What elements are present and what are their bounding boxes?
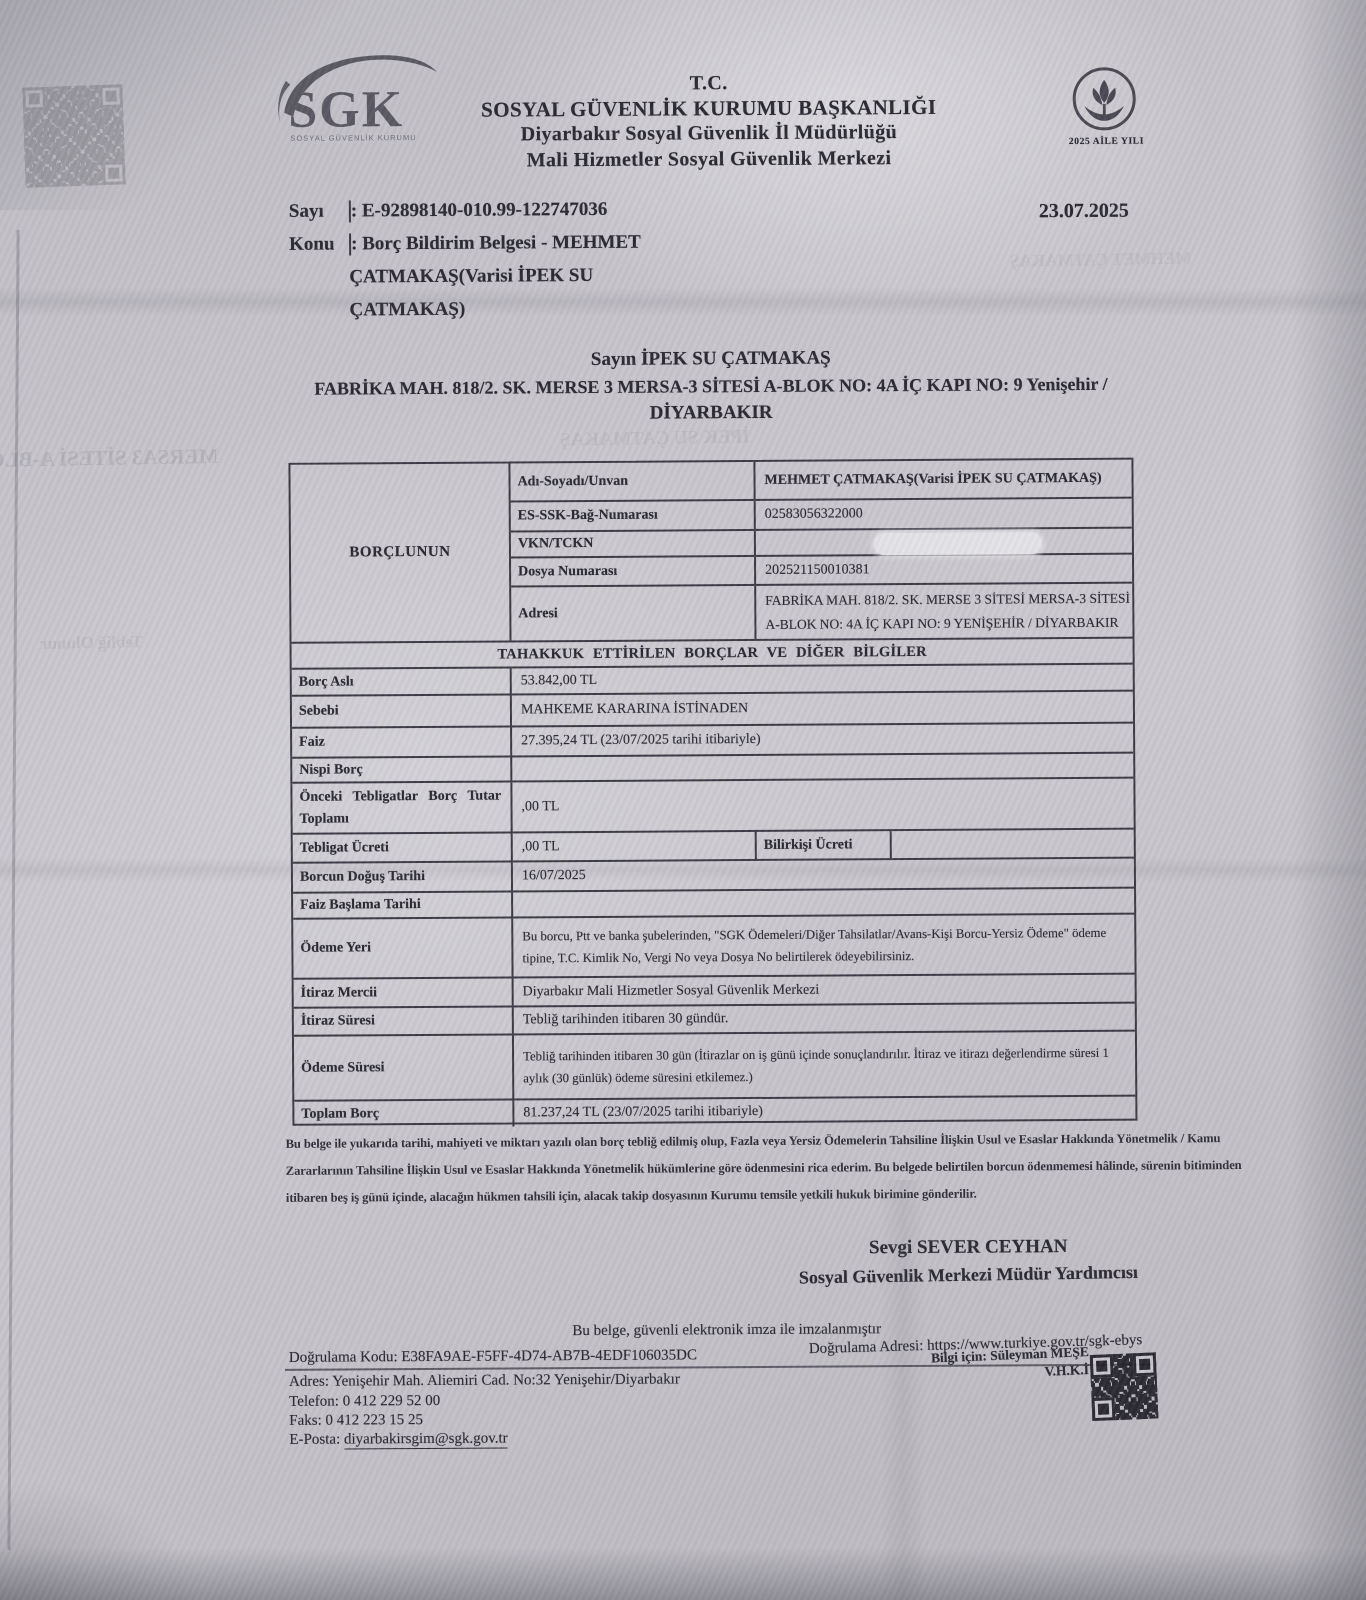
- footer-email-row: E-Posta: diyarbakirsgim@sgk.gov.tr: [289, 1431, 507, 1449]
- row-label: Dosya Numarası: [511, 557, 756, 585]
- closing-paragraph-line: Zararlarının Tahsiline İlişkin Usul ve E…: [286, 1158, 1166, 1178]
- table-row: Faiz Başlama Tarihi: [293, 887, 1134, 918]
- table-row: Faiz 27.395,24 TL (23/07/2025 tarihi iti…: [292, 722, 1133, 757]
- qr-code-icon: [1090, 1352, 1159, 1421]
- row-label: Toplam Borç: [294, 1100, 514, 1127]
- row-label: Faiz Başlama Tarihi: [293, 892, 513, 917]
- row-label: Ödeme Yeri: [293, 918, 513, 977]
- sgk-logo-subtext: SOSYAL GÜVENLİK KURUMU: [290, 133, 416, 143]
- row-label-line: Toplamı: [300, 808, 349, 830]
- row-label: Adresi: [511, 586, 756, 640]
- konu-line3: ÇATMAKAŞ): [349, 299, 465, 322]
- sgk-logo-text: SGK: [288, 81, 404, 139]
- recipient-name: Sayın İPEK SU ÇATMAKAŞ: [281, 346, 1141, 373]
- footer-address: Adres: Yenişehir Mah. Aliemiri Cad. No:3…: [289, 1371, 680, 1390]
- table-row: Nispi Borç: [292, 752, 1133, 782]
- table-row: Borcun Doğuş Tarihi 16/07/2025: [293, 857, 1134, 892]
- row-value: MAHKEME KARARINA İSTİNADEN: [512, 692, 1133, 726]
- verification-code: Doğrulama Kodu: E38FA9AE-F5FF-4D74-AB7B-…: [289, 1347, 697, 1366]
- table-row: Önceki Tebligatlar Borç Tutar Toplamı ,0…: [292, 777, 1133, 833]
- table-row: İtiraz Mercii Diyarbakır Mali Hizmetler …: [294, 973, 1135, 1007]
- sayi-value: : E-92898140-010.99-122747036: [351, 199, 608, 223]
- table-row: Ödeme Yeri Bu borcu, Ptt ve banka şubele…: [293, 913, 1134, 978]
- row-value-line: Tebliğ tarihinden itibaren 30 gün (İtira…: [523, 1041, 1109, 1067]
- footer-email-label: E-Posta:: [289, 1432, 340, 1448]
- row-label: Borcun Doğuş Tarihi: [293, 862, 513, 891]
- row-label: Nispi Borç: [292, 757, 512, 781]
- row-value: 16/07/2025: [513, 859, 1134, 891]
- table-row: Tebligat Ücreti ,00 TL Bilirkişi Ücreti: [293, 828, 1134, 862]
- row-value: 81.237,24 TL (23/07/2025 tarihi itibariy…: [514, 1097, 1135, 1127]
- row-label: Borç Aslı: [292, 668, 512, 694]
- sayi-label: Sayı: [282, 200, 351, 222]
- row-value: Tebliğ tarihinden itibaren 30 gündür.: [514, 1004, 1135, 1034]
- row-value: 202521150010381: [756, 555, 1132, 584]
- state-emblem-icon: [1064, 66, 1144, 136]
- row-value-line: aylık (30 günlük) ödeme süresini etkilem…: [523, 1065, 753, 1088]
- signatory-name: Sevgi SEVER CEYHAN: [733, 1235, 1203, 1260]
- redaction-mark: [874, 532, 1042, 555]
- row-label: Bilirkişi Ücreti: [757, 831, 892, 859]
- letterhead-center: Mali Hizmetler Sosyal Güvenlik Merkezi: [417, 146, 1002, 173]
- row-value: ,00 TL: [513, 832, 757, 860]
- row-label: Faiz: [292, 727, 512, 756]
- row-value: [512, 754, 1133, 781]
- row-value: 53.842,00 TL: [512, 665, 1133, 694]
- emblem-caption: 2025 AİLE YILI: [1046, 136, 1166, 147]
- document-number-row: Sayı : E-92898140-010.99-122747036: [282, 199, 608, 223]
- closing-paragraph-line: itibaren beş iş günü içinde, alacağın hü…: [286, 1185, 1166, 1205]
- address-line: A-BLOK NO: 4A İÇ KAPI NO: 9 YENİŞEHİR / …: [765, 610, 1118, 636]
- footer-email: diyarbakirsgim@sgk.gov.tr: [344, 1431, 508, 1450]
- footer-fax: Faks: 0 412 223 15 25: [289, 1412, 423, 1430]
- table-row: ES-SSK-Bağ-Numarası 02583056322000: [511, 497, 1132, 531]
- row-value: MEHMET ÇATMAKAŞ(Varisi İPEK SU ÇATMAKAŞ): [755, 460, 1131, 499]
- row-label: Sebebi: [292, 695, 512, 726]
- letterhead-tc: T.C.: [416, 70, 1001, 97]
- row-value: [513, 889, 1134, 917]
- row-label: İtiraz Mercii: [294, 978, 514, 1006]
- table-row: İtiraz Süresi Tebliğ tarihinden itibaren…: [294, 1002, 1135, 1035]
- row-value: FABRİKA MAH. 818/2. SK. MERSE 3 SİTESİ M…: [756, 584, 1132, 639]
- row-value: Bu borcu, Ptt ve banka şubelerinden, "SG…: [513, 915, 1134, 977]
- paper-background: MERSA3 SİTESİ A-BLOK İPEK SU ÇATMAKAŞ ME…: [0, 0, 1366, 1600]
- row-value: ,00 TL: [512, 779, 1133, 832]
- letterhead-directorate: Diyarbakır Sosyal Güvenlik İl Müdürlüğü: [416, 120, 1001, 147]
- table-row: Toplam Borç 81.237,24 TL (23/07/2025 tar…: [294, 1095, 1135, 1128]
- row-value: [756, 529, 1132, 555]
- debt-table: BORÇLUNUN Adı-Soyadı/Unvan MEHMET ÇATMAK…: [288, 458, 1137, 1126]
- debtor-section: BORÇLUNUN Adı-Soyadı/Unvan MEHMET ÇATMAK…: [290, 460, 1132, 642]
- debtor-section-label: BORÇLUNUN: [290, 463, 511, 641]
- document-date: 23.07.2025: [1039, 200, 1129, 224]
- table-row: VKN/TCKN: [511, 527, 1132, 557]
- row-label: ES-SSK-Bağ-Numarası: [511, 501, 756, 530]
- table-row: Borç Aslı 53.842,00 TL: [292, 663, 1133, 695]
- table-row: Dosya Numarası 202521150010381: [511, 553, 1132, 586]
- row-value: Tebliğ tarihinden itibaren 30 gün (İtira…: [514, 1032, 1135, 1099]
- konu-line1: : Borç Bildirim Belgesi - MEHMET: [351, 232, 641, 256]
- letterhead-organization: SOSYAL GÜVENLİK KURUMU BAŞKANLIĞI: [416, 94, 1001, 123]
- konu-line2: ÇATMAKAŞ(Varisi İPEK SU: [349, 265, 593, 288]
- footer-phone: Telefon: 0 412 229 52 00: [289, 1393, 440, 1411]
- recipient-address-line1: FABRİKA MAH. 818/2. SK. MERSE 3 MERSA-3 …: [261, 373, 1161, 399]
- row-value-line: tipine, T.C. Kimlik No, Vergi No veya Do…: [522, 945, 914, 969]
- signatory-title: Sosyal Güvenlik Merkezi Müdür Yardımcısı: [713, 1260, 1223, 1289]
- table-row: Ödeme Süresi Tebliğ tarihinden itibaren …: [294, 1030, 1135, 1100]
- row-label: Adı-Soyadı/Unvan: [510, 462, 755, 500]
- row-value: [892, 830, 1134, 858]
- table-row: Adı-Soyadı/Unvan MEHMET ÇATMAKAŞ(Varisi …: [510, 460, 1131, 501]
- table-row: Adresi FABRİKA MAH. 818/2. SK. MERSE 3 S…: [511, 582, 1132, 641]
- row-label: Tebligat Ücreti: [293, 833, 513, 861]
- address-line: FABRİKA MAH. 818/2. SK. MERSE 3 SİTESİ M…: [765, 586, 1130, 612]
- row-label: Ödeme Süresi: [294, 1035, 514, 1099]
- subject-row: Konu : Borç Bildirim Belgesi - MEHMET: [282, 232, 641, 256]
- recipient-address-line2: DİYARBAKIR: [281, 400, 1141, 427]
- row-value: 27.395,24 TL (23/07/2025 tarihi itibariy…: [512, 724, 1133, 756]
- row-label-line: Önceki Tebligatlar Borç Tutar: [299, 785, 501, 808]
- row-value: Diyarbakır Mali Hizmetler Sosyal Güvenli…: [514, 975, 1135, 1006]
- row-label: VKN/TCKN: [511, 531, 756, 556]
- row-value-line: Bu borcu, Ptt ve banka şubelerinden, "SG…: [522, 922, 1106, 948]
- konu-label: Konu: [282, 233, 351, 255]
- row-label: Önceki Tebligatlar Borç Tutar Toplamı: [292, 782, 512, 832]
- closing-paragraph-line: Bu belge ile yukarıda tarihi, mahiyeti v…: [286, 1131, 1166, 1151]
- row-label: İtiraz Süresi: [294, 1007, 514, 1034]
- table-row: Sebebi MAHKEME KARARINA İSTİNADEN: [292, 690, 1133, 727]
- row-value: 02583056322000: [756, 499, 1132, 529]
